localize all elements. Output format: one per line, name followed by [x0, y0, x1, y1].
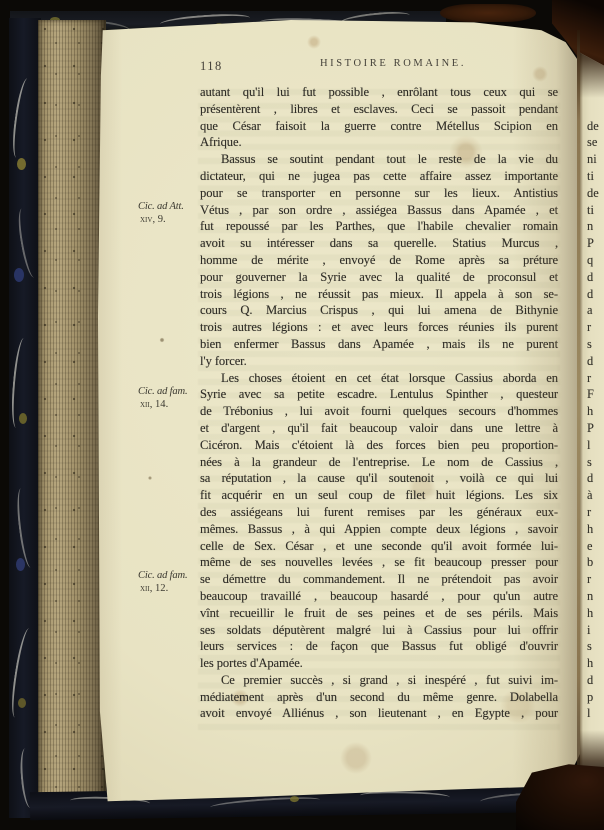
margin-citation: Cic. ad fam.xii, 12.	[138, 569, 200, 595]
facing-text-fragment: b	[587, 554, 604, 571]
facing-text-fragment: h	[587, 605, 604, 622]
margin-citation: Cic. ad Att.xiv, 9.	[138, 200, 200, 226]
facing-text-fragment: P	[587, 235, 604, 252]
text-line: avoit envoyé Alliénus , son lieutenant ,…	[200, 705, 558, 722]
text-line: même de ses nouvelles levées , se fit be…	[200, 554, 558, 571]
text-line: Bassus se soutint pendant tout le reste …	[200, 151, 558, 168]
running-title: HISTOIRE ROMAINE.	[200, 58, 558, 69]
facing-text-fragment: q	[587, 252, 604, 269]
marble-spot-blue	[16, 558, 25, 571]
citation-work: Cic. ad fam.	[138, 569, 200, 582]
text-line: présentèrent , libres et esclaves. Ceci …	[200, 101, 558, 118]
facing-text-fragment: h	[587, 403, 604, 420]
facing-text-fragment: r	[587, 504, 604, 521]
text-line: trois autres légions : et avec leurs for…	[200, 319, 558, 336]
facing-text-fragment: à	[587, 487, 604, 504]
marble-vein	[10, 77, 35, 158]
facing-page-sliver: desenitidetinPqddarsdrFhPlsdàrhebrnhishd…	[580, 34, 604, 786]
text-line: sa réputation , la cause qu'il soutenoit…	[200, 470, 558, 487]
text-line: bien enfermer Bassus dans Apamée , mais …	[200, 336, 558, 353]
text-line: autant qu'il lui fut possible , enrôlant…	[200, 84, 558, 101]
book-page: 118 HISTOIRE ROMAINE. Cic. ad Att.xiv, 9…	[98, 16, 580, 806]
text-line: de Trébonius , lui avoit fourni quelques…	[200, 403, 558, 420]
text-line: des assiégeans lui furent remises par le…	[200, 504, 558, 521]
text-line: nées à la grandeur de l'entreprise. Le n…	[200, 454, 558, 471]
text-line: Cicéron. Mais c'étoient là des forces bi…	[200, 437, 558, 454]
facing-text-fragment: de	[587, 185, 604, 202]
text-line: fut repoussé par les Parthes, que l'habi…	[200, 218, 558, 235]
facing-text-fragment: n	[587, 218, 604, 235]
text-line: se démettre du commandement. Il ne préte…	[200, 571, 558, 588]
facing-text-fragment: ti	[587, 202, 604, 219]
citation-locus: xiv, 9.	[138, 213, 200, 226]
fore-edge-page-stack	[38, 20, 106, 800]
facing-text-fragment: d	[587, 269, 604, 286]
marbled-cover-left-edge	[9, 18, 41, 818]
facing-text-fragment: d	[587, 470, 604, 487]
facing-text-fragment: r	[587, 571, 604, 588]
citation-locus: xii, 14.	[138, 398, 200, 411]
margin-notes: Cic. ad Att.xiv, 9.Cic. ad fam.xii, 14.C…	[138, 16, 200, 806]
facing-text-fragment: l	[587, 437, 604, 454]
text-line: beaucoup travaillé , beaucoup hasardé , …	[200, 588, 558, 605]
leather-spine-patch	[440, 4, 536, 22]
facing-text-fragment: e	[587, 538, 604, 555]
citation-work: Cic. ad fam.	[138, 385, 200, 398]
text-line: Vétus , par son ordre , assiégea Bassus …	[200, 202, 558, 219]
book-scan: 118 HISTOIRE ROMAINE. Cic. ad Att.xiv, 9…	[0, 0, 604, 830]
text-line: homme de mérite , envoyé de Rome après s…	[200, 252, 558, 269]
facing-text-fragment: p	[587, 689, 604, 706]
marble-vein	[14, 487, 38, 568]
facing-text-fragment: de	[587, 118, 604, 135]
text-line: Syrie avec sa petite escadre. Lentulus S…	[200, 386, 558, 403]
text-line: que César faisoit la guerre contre Métel…	[200, 118, 558, 135]
facing-text-fragment: r	[587, 319, 604, 336]
marble-spot-blue	[14, 268, 24, 282]
text-line: vînt recueillir le fruit de ses peines e…	[200, 605, 558, 622]
facing-text-fragment: F	[587, 386, 604, 403]
facing-text-fragment: r	[587, 370, 604, 387]
gutter-crease	[577, 30, 580, 790]
margin-citation: Cic. ad fam.xii, 14.	[138, 385, 200, 411]
marble-spot-gold	[19, 413, 27, 424]
text-line: dictateur, qui ne jugea pas cette affair…	[200, 168, 558, 185]
text-line: fit acquérir en un seul coup de filet hu…	[200, 487, 558, 504]
text-line: médiatement après d'un second du même ge…	[200, 689, 558, 706]
facing-text-fragment: d	[587, 286, 604, 303]
text-line: celle de Sex. César , et une seconde qu'…	[200, 538, 558, 555]
facing-text-fragment: h	[587, 521, 604, 538]
facing-text-fragment	[587, 101, 604, 118]
facing-text-fragment: s	[587, 454, 604, 471]
facing-text-fragment: d	[587, 353, 604, 370]
text-line: ses soldats députèrent malgré lui à Cass…	[200, 622, 558, 639]
facing-text-fragment: se	[587, 134, 604, 151]
text-line: et d'argent , qu'il fait beaucoup valoir…	[200, 420, 558, 437]
citation-locus: xii, 12.	[138, 582, 200, 595]
facing-text-fragment: i	[587, 622, 604, 639]
facing-text-fragment: s	[587, 638, 604, 655]
facing-text-fragment: n	[587, 588, 604, 605]
facing-text-fragment: ni	[587, 151, 604, 168]
facing-text-fragment: d	[587, 672, 604, 689]
page-header: 118 HISTOIRE ROMAINE.	[200, 58, 558, 74]
marble-spot-gold	[18, 698, 26, 708]
text-line: mêmes. Bassus , à qui Appien compte deux…	[200, 521, 558, 538]
facing-text-fragment: h	[587, 655, 604, 672]
sliver-inner-shadow	[580, 34, 583, 786]
text-line: pour se transporter en personne sur les …	[200, 185, 558, 202]
text-line: leurs services : de façon que Bassus fut…	[200, 638, 558, 655]
marble-spot-gold	[17, 158, 26, 170]
text-line: Ce premier succès , si grand , si inespé…	[200, 672, 558, 689]
facing-text-fragment: P	[587, 420, 604, 437]
text-line: avoit su intéresser dans sa querelle. St…	[200, 235, 558, 252]
facing-text-fragment: s	[587, 336, 604, 353]
text-line: pour gouverner la Syrie avec la qualité …	[200, 269, 558, 286]
text-line: cours Q. Marcius Crispus , qui lui amena…	[200, 302, 558, 319]
facing-text-fragment: a	[587, 302, 604, 319]
text-line: l'y forcer.	[200, 353, 558, 370]
facing-page-text-fragments: desenitidetinPqddarsdrFhPlsdàrhebrnhishd…	[587, 84, 604, 722]
text-line: Les choses étoient en cet état lorsque C…	[200, 370, 558, 387]
text-line: les portes d'Apamée.	[200, 655, 558, 672]
facing-text-fragment: l	[587, 705, 604, 722]
citation-work: Cic. ad Att.	[138, 200, 200, 213]
text-line: trois légions , ne réussit pas mieux. Il…	[200, 286, 558, 303]
page-text: autant qu'il lui fut possible , enrôlant…	[200, 84, 558, 722]
text-line: Afrique.	[200, 134, 558, 151]
facing-text-fragment: ti	[587, 168, 604, 185]
